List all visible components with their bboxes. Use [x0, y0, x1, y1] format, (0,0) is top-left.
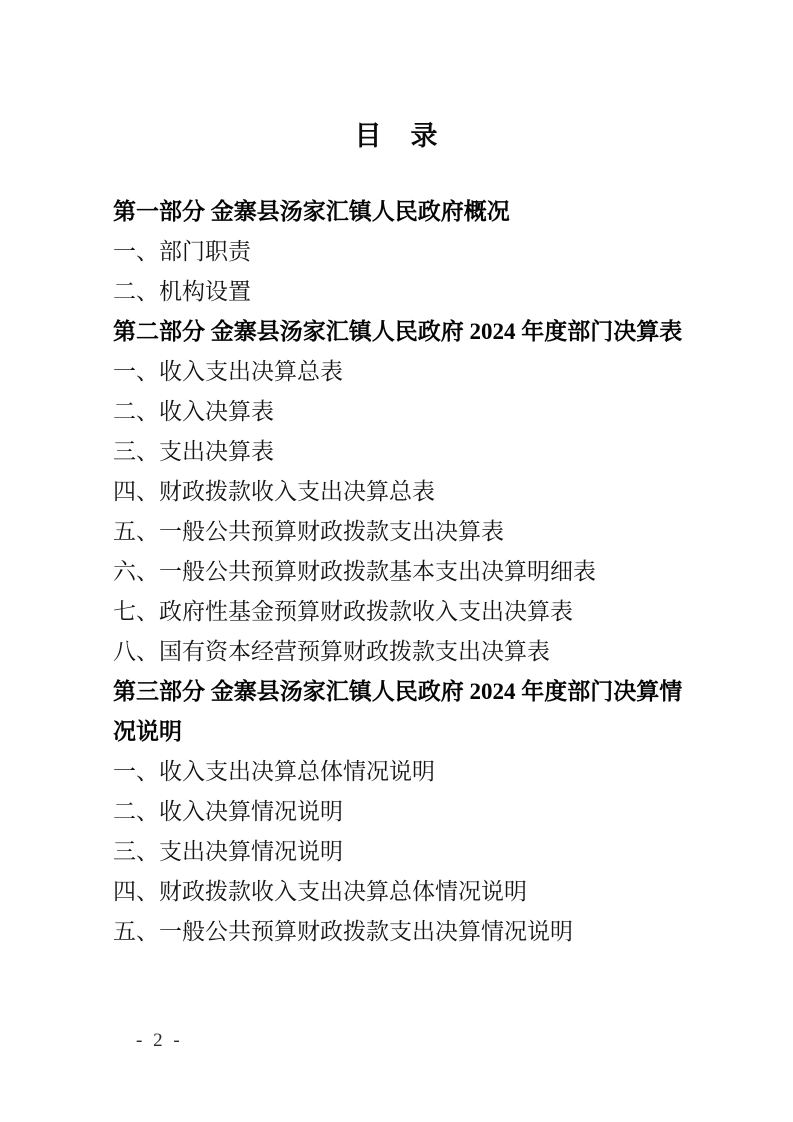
document-page: 目 录 第一部分 金寨县汤家汇镇人民政府概况 一、部门职责 二、机构设置 第二部… — [0, 0, 793, 1122]
toc-heading-part-1: 第一部分 金寨县汤家汇镇人民政府概况 — [113, 192, 689, 232]
toc-item-2-8: 八、国有资本经营预算财政拨款支出决算表 — [113, 632, 689, 672]
toc-item-1-2: 二、机构设置 — [113, 272, 689, 312]
toc-item-2-3: 三、支出决算表 — [113, 432, 689, 472]
toc-item-2-7: 七、政府性基金预算财政拨款收入支出决算表 — [113, 592, 689, 632]
toc-item-3-4: 四、财政拨款收入支出决算总体情况说明 — [113, 872, 689, 912]
toc-item-2-2: 二、收入决算表 — [113, 392, 689, 432]
page-title: 目 录 — [0, 116, 793, 156]
toc-heading-part-2: 第二部分 金寨县汤家汇镇人民政府 2024 年度部门决算表 — [113, 312, 689, 352]
toc-heading-part-3: 第三部分 金寨县汤家汇镇人民政府 2024 年度部门决算情况说明 — [113, 672, 689, 752]
toc-item-2-4: 四、财政拨款收入支出决算总表 — [113, 472, 689, 512]
table-of-contents: 第一部分 金寨县汤家汇镇人民政府概况 一、部门职责 二、机构设置 第二部分 金寨… — [113, 192, 689, 952]
toc-item-2-5: 五、一般公共预算财政拨款支出决算表 — [113, 512, 689, 552]
toc-item-3-3: 三、支出决算情况说明 — [113, 832, 689, 872]
toc-item-3-5: 五、一般公共预算财政拨款支出决算情况说明 — [113, 912, 689, 952]
page-number: - 2 - — [136, 1030, 183, 1052]
toc-item-3-2: 二、收入决算情况说明 — [113, 792, 689, 832]
toc-item-3-1: 一、收入支出决算总体情况说明 — [113, 752, 689, 792]
toc-item-1-1: 一、部门职责 — [113, 232, 689, 272]
toc-item-2-6: 六、一般公共预算财政拨款基本支出决算明细表 — [113, 552, 689, 592]
toc-item-2-1: 一、收入支出决算总表 — [113, 352, 689, 392]
